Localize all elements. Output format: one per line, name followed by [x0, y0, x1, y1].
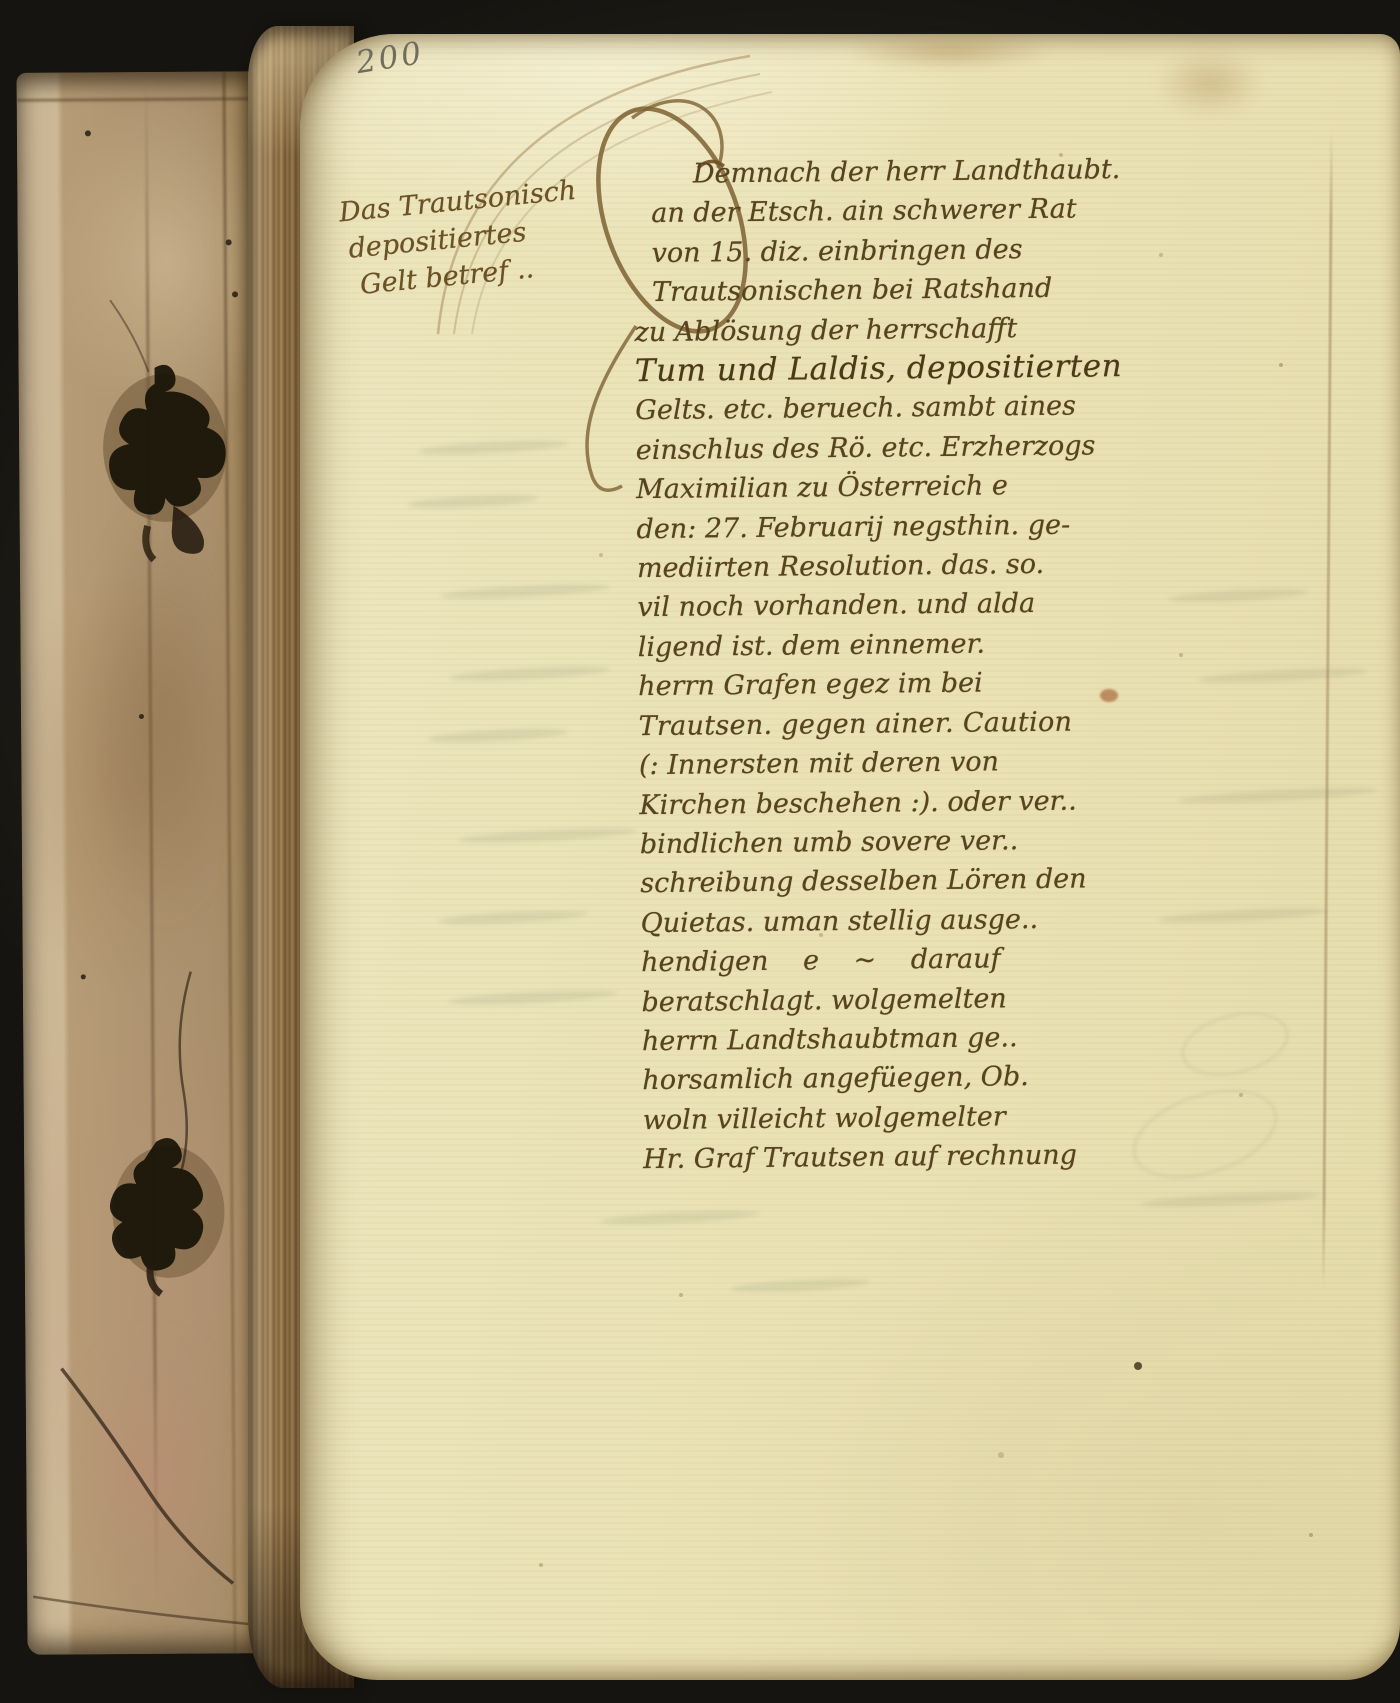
paper-stain	[845, 34, 1055, 70]
manuscript-page: 200 Das Trautsonisch depositiertes Gelt …	[300, 34, 1400, 1680]
manuscript-line: ligend ist. dem einnemer.	[638, 622, 1238, 668]
manuscript-line: Quietas. uman stellig ausge..	[640, 898, 1240, 944]
manuscript-line: Trautsonischen bei Ratshand	[634, 267, 1234, 313]
manuscript-line: an der Etsch. ain schwerer Rat	[633, 188, 1233, 234]
manuscript-line: bindlichen umb sovere ver..	[640, 819, 1240, 865]
manuscript-line: Kirchen beschehen :). oder ver..	[639, 779, 1239, 825]
vellum-cracks	[16, 71, 267, 1655]
paper-stain	[1134, 1362, 1142, 1370]
paper-stain	[1155, 48, 1265, 118]
paper-speckles	[300, 34, 302, 36]
manuscript-line: horsamlich angefüegen, Ob.	[642, 1055, 1242, 1101]
manuscript-line: Tum und Laldis, depositierten	[635, 346, 1235, 392]
manuscript-line: Trautsen. gegen ainer. Caution	[638, 701, 1238, 747]
manuscript-line: (: Innersten mit deren von	[639, 740, 1239, 786]
manuscript-line: von 15. diz. einbringen des	[633, 228, 1233, 274]
manuscript-body-text: Demnach der herr Landthaubt. an der Etsc…	[633, 149, 1244, 1180]
manuscript-line: herrn Grafen egez im bei	[638, 661, 1238, 707]
manuscript-line: den: 27. Februarij negsthin. ge-	[636, 504, 1236, 550]
manuscript-line: vil noch vorhanden. und alda	[637, 582, 1237, 628]
manuscript-line: mediirten Resolution. das. so.	[637, 543, 1237, 589]
manuscript-line: einschlus des Rö. etc. Erzherzogs	[636, 425, 1236, 471]
parchment-cover	[16, 71, 267, 1655]
manuscript-line: Gelts. etc. beruech. sambt aines	[635, 385, 1235, 431]
manuscript-line: beratschlagt. wolgemelten	[641, 976, 1241, 1022]
manuscript-line: herrn Landtshaubtman ge..	[642, 1016, 1242, 1062]
manuscript-line: schreibung desselben Lören den	[640, 858, 1240, 904]
manuscript-line: hendigen e ~ darauf	[641, 937, 1241, 983]
manuscript-line: Maximilian zu Österreich e	[636, 464, 1236, 510]
photograph-of-open-manuscript-book: 200 Das Trautsonisch depositiertes Gelt …	[0, 0, 1400, 1703]
manuscript-line: zu Ablösung der herrschafft	[634, 307, 1234, 353]
manuscript-line: Demnach der herr Landthaubt.	[633, 149, 1233, 195]
